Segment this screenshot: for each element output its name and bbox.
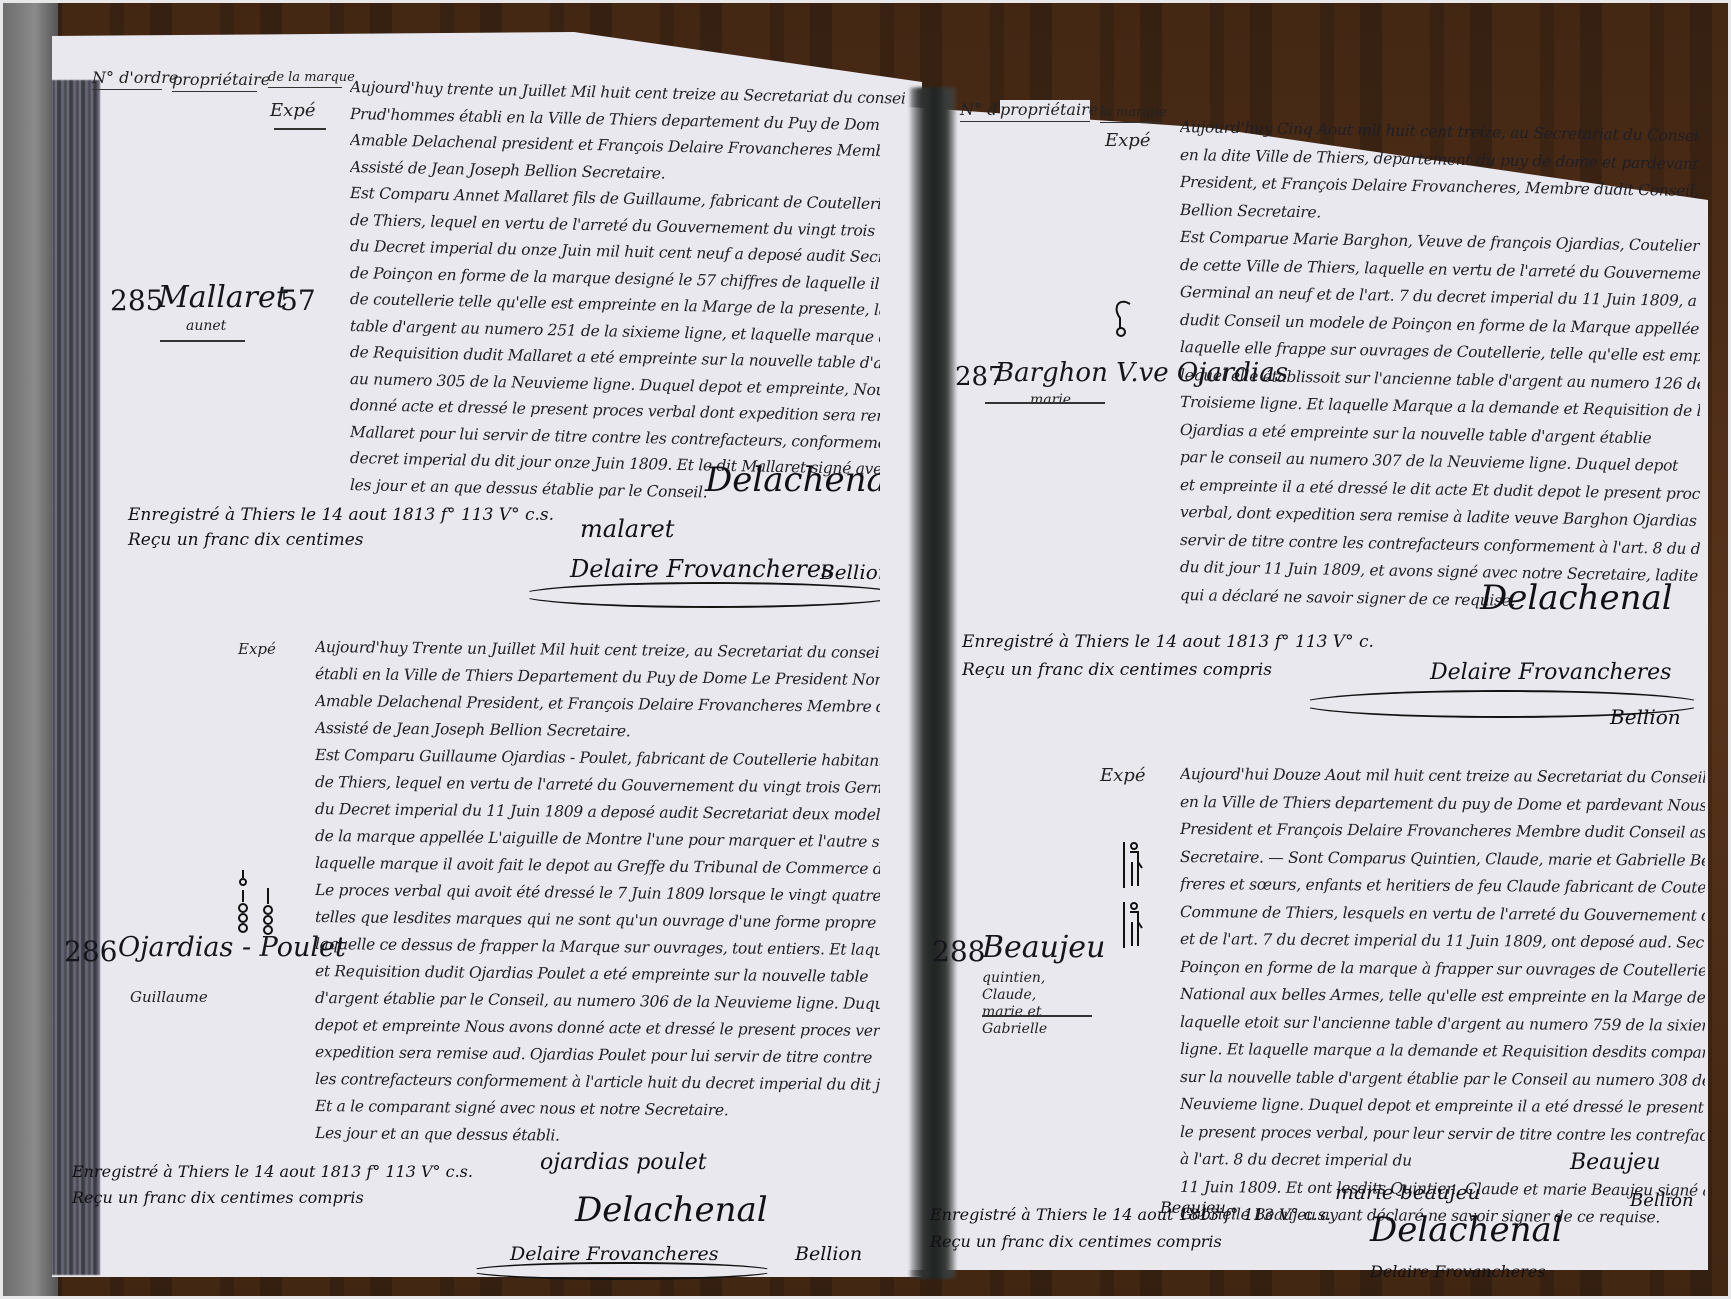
entry-surname: Mallaret (158, 280, 288, 315)
signature-malaret: malaret (580, 515, 674, 543)
expedie-note: Expé (270, 100, 315, 121)
signature-delaire-frovancheres: Delaire Frovancheres (1370, 1262, 1546, 1281)
handwritten-line: President et François Delaire Frovancher… (1180, 820, 1705, 842)
robinet-mark-icon (1112, 298, 1134, 340)
handwritten-line: National aux belles Armes, telle qu'elle… (1180, 985, 1705, 1007)
book-binding-gutter (910, 88, 956, 1278)
entry-number: 285 (110, 284, 163, 317)
entry-given-name: aunet (186, 318, 226, 334)
handwritten-line: en la Ville de Thiers departement du puy… (1180, 793, 1705, 815)
entry-given-name: quintien, Claude, marie et Gabrielle (982, 970, 1077, 1038)
registration-note-line2: Reçu un franc dix centimes (128, 530, 363, 550)
signature-flourish (520, 582, 904, 608)
signature-bellion: Bellion (795, 1243, 862, 1265)
registration-note-line1: Enregistré à Thiers le 14 aout 1813 f° 1… (72, 1162, 473, 1181)
signature-delaire-frovancheres: Delaire Frovancheres (570, 555, 833, 583)
entry-surname: Beaujeu (982, 930, 1105, 965)
left-page-edge-shadow (52, 80, 100, 1275)
entry-given-name: Guillaume (130, 988, 208, 1006)
handwritten-line: ligne. Et laquelle marque a la demande e… (1180, 1040, 1705, 1062)
column-header-mark: la marque (1100, 105, 1162, 123)
aiguille-de-montre-mark-icon (232, 868, 280, 940)
handwritten-line: et de l'art. 7 du decret imperial du 11 … (1180, 930, 1705, 952)
registration-note-line2: Reçu un franc dix centimes compris (962, 660, 1272, 680)
signature-beaujeu-2: Beaujeu (1160, 1198, 1226, 1217)
registration-note-line1: Enregistré à Thiers le 14 aout 1813 f° 1… (128, 505, 554, 525)
signature-ojardias-poulet: ojardias poulet (540, 1150, 707, 1175)
entry-surname: Barghon V.ve Ojardias (995, 358, 1288, 388)
column-header-mark: de la marque (268, 70, 342, 88)
registration-note-line1: Enregistré à Thiers le 14 aout 1813 f° 1… (930, 1205, 1331, 1224)
signature-delachenal: Delachenal (1370, 1210, 1563, 1250)
signature-delachenal: Delachenal (705, 460, 898, 500)
signature-delachenal: Delachenal (575, 1190, 768, 1230)
expedie-note: Expé (1105, 130, 1150, 151)
entry-number: 288 (932, 935, 985, 968)
divider (982, 1015, 1092, 1017)
signature-delachenal: Delachenal (1480, 578, 1673, 618)
signature-flourish (1300, 690, 1704, 718)
signature-flourish (470, 1262, 774, 1280)
handwritten-line: Aujourd'hui Douze Aout mil huit cent tre… (1180, 765, 1705, 787)
handwritten-line: Neuvieme ligne. Duquel depot et empreint… (1180, 1095, 1705, 1117)
handwritten-line: sur la nouvelle table d'argent établie p… (1180, 1068, 1705, 1090)
expedie-note: Expé (238, 640, 276, 658)
expedie-note: Expé (1100, 765, 1145, 786)
divider (985, 402, 1105, 404)
handwritten-line: le present proces verbal, pour leur serv… (1180, 1123, 1705, 1145)
left-edge-surface (0, 0, 58, 1299)
signature-delaire-frovancheres: Delaire Frovancheres (1430, 660, 1671, 685)
registration-note-line1: Enregistré à Thiers le 14 aout 1813 f° 1… (962, 632, 1374, 652)
handwritten-line: freres et sœurs, enfants et heritiers de… (1180, 875, 1705, 897)
entry-number: 286 (64, 935, 117, 968)
handwritten-line: Commune de Thiers, lesquels en vertu de … (1180, 903, 1705, 925)
divider (160, 340, 245, 342)
entry-surname: Ojardias - Poulet (118, 932, 346, 963)
column-header-order-number: N° d'ordre (92, 68, 162, 90)
column-header-owner: propriétaire (1000, 100, 1090, 122)
registration-note-line2: Reçu un franc dix centimes compris (930, 1232, 1222, 1251)
entry-given-name: marie (1030, 392, 1071, 408)
signature-bellion: Bellion (1630, 1190, 1694, 1211)
column-header-owner: propriétaire (172, 70, 257, 92)
divider (274, 128, 326, 130)
handwritten-line: laquelle etoit sur l'ancienne table d'ar… (1180, 1013, 1705, 1035)
handwritten-line: Poinçon en forme de la marque à frapper … (1180, 958, 1705, 980)
signature-beaujeu: Beaujeu (1570, 1150, 1660, 1175)
mark-number: 57 (280, 284, 316, 317)
signature-marie-beaujeu: marie beaujeu (1335, 1180, 1480, 1204)
handwritten-line: Secretaire. — Sont Comparus Quintien, Cl… (1180, 848, 1705, 870)
registration-note-line2: Reçu un franc dix centimes compris (72, 1188, 364, 1207)
grenadier-mark-icon (1120, 840, 1146, 950)
